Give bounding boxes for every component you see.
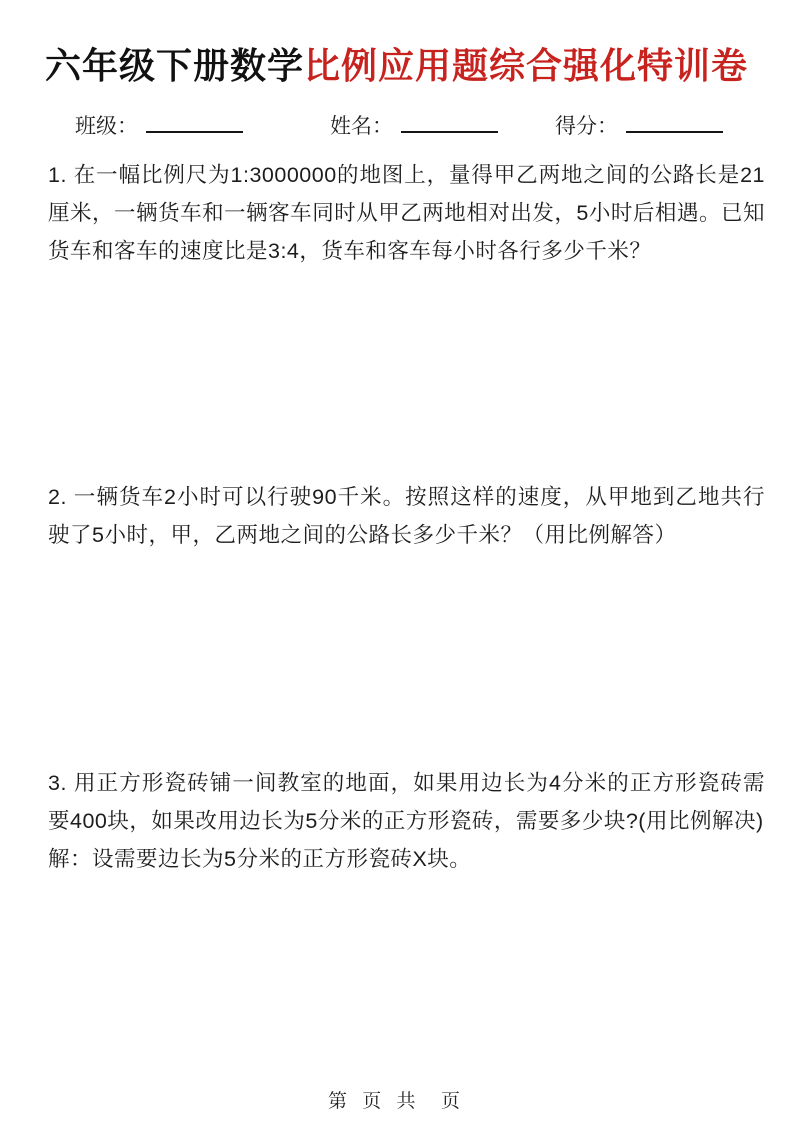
problem-1-text: 1. 在一幅比例尺为1:3000000的地图上，量得甲乙两地之间的公路长是21厘… — [48, 156, 765, 270]
page-number-text: 第 页 共 页 — [328, 1091, 465, 1112]
problem-3-solution: 解：设需要边长为5分米的正方形瓷砖X块。 — [48, 840, 765, 878]
problem-3-text: 3. 用正方形瓷砖铺一间教室的地面，如果用边长为4分米的正方形瓷砖需要400块，… — [48, 764, 765, 840]
page-footer: 第 页 共 页 — [0, 1086, 793, 1113]
class-blank-line[interactable] — [146, 113, 243, 133]
name-blank-line[interactable] — [401, 113, 498, 133]
class-field: 班级： — [75, 110, 243, 140]
problem-3: 3. 用正方形瓷砖铺一间教室的地面，如果用边长为4分米的正方形瓷砖需要400块，… — [48, 764, 765, 878]
title-exam-name: 比例应用题综合强化特训卷 — [304, 45, 748, 86]
name-label: 姓名： — [330, 115, 393, 138]
problem-2: 2. 一辆货车2小时可以行驶90千米。按照这样的速度，从甲地到乙地共行驶了5小时… — [48, 478, 765, 554]
student-info-row: 班级： 姓名： 得分： — [0, 110, 793, 144]
title-grade-subject: 六年级下册数学 — [45, 45, 304, 86]
problem-2-text: 2. 一辆货车2小时可以行驶90千米。按照这样的速度，从甲地到乙地共行驶了5小时… — [48, 478, 765, 554]
problem-1: 1. 在一幅比例尺为1:3000000的地图上，量得甲乙两地之间的公路长是21厘… — [48, 156, 765, 270]
name-field: 姓名： — [330, 110, 498, 140]
score-label: 得分： — [555, 115, 618, 138]
score-blank-line[interactable] — [626, 113, 723, 133]
page-title: 六年级下册数学比例应用题综合强化特训卷 — [0, 38, 793, 89]
score-field: 得分： — [555, 110, 723, 140]
worksheet-page: 六年级下册数学比例应用题综合强化特训卷 班级： 姓名： 得分： 1. 在一幅比例… — [0, 0, 793, 1122]
class-label: 班级： — [75, 115, 138, 138]
